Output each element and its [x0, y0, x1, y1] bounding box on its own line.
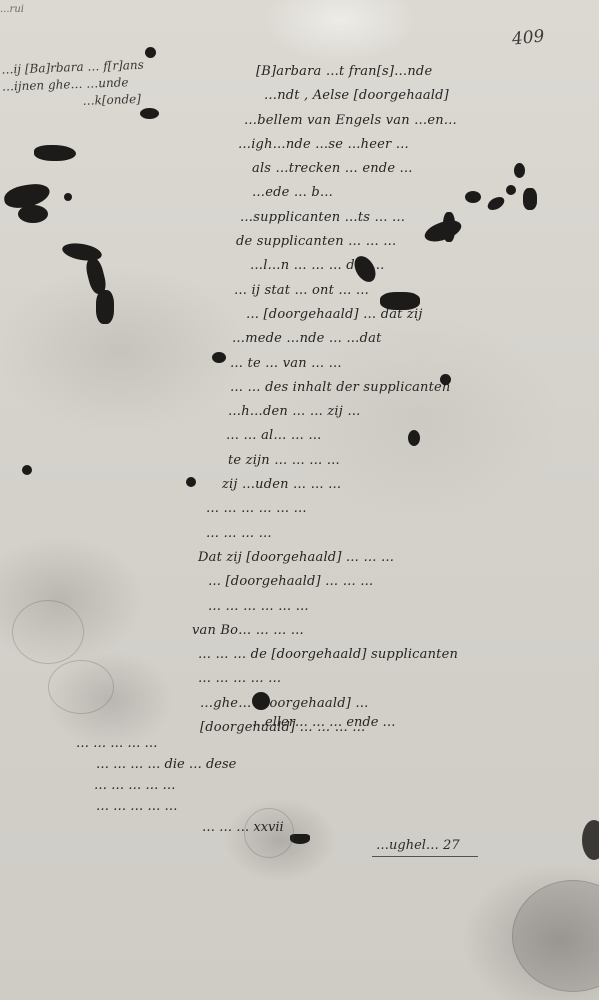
- text-line: …h…den … … zij …: [192, 400, 587, 424]
- water-stain: [244, 808, 294, 858]
- text-line: … … … de [doorgehaald] supplicanten: [192, 643, 587, 667]
- text-line: … te … van … …: [192, 352, 587, 376]
- ink-blot: [514, 163, 525, 178]
- text-line: … [doorgehaald] … … …: [192, 570, 587, 594]
- text-line: … … al… … …: [192, 424, 587, 448]
- text-line: … … … … … …: [192, 497, 587, 521]
- ink-blot: [140, 108, 159, 119]
- ink-blot: [380, 292, 420, 310]
- manuscript-page: ...rui 409 …ij [Ba]rbara … f[r]ans …ijne…: [0, 0, 599, 1000]
- water-stain: [12, 600, 84, 664]
- ink-blot: [145, 47, 156, 58]
- text-line: …l…n … … … die …: [192, 254, 587, 278]
- text-line: … … … …: [192, 522, 587, 546]
- water-stain: [48, 660, 114, 714]
- ink-blot: [506, 185, 516, 195]
- ink-blot: [443, 212, 455, 242]
- text-line: … … … … …: [192, 667, 587, 691]
- text-line: de supplicanten … … …: [192, 230, 587, 254]
- ink-blot: [408, 430, 420, 446]
- main-text-block: [B]arbara …t fran[s]…nde …ndt , Aelse [d…: [192, 60, 587, 740]
- ink-blot: [252, 692, 270, 710]
- text-line: zij …uden … … …: [192, 473, 587, 497]
- signature: …ughel… 27: [372, 838, 478, 857]
- text-line: Dat zij [doorgehaald] … … …: [192, 546, 587, 570]
- text-line: …bellem van Engels van …en…: [192, 109, 587, 133]
- ink-blot: [34, 145, 76, 161]
- ink-blot: [96, 290, 114, 324]
- corner-mark: ...rui: [0, 4, 24, 15]
- text-line: … … … … …: [72, 796, 582, 817]
- text-line: … … … … … …: [192, 595, 587, 619]
- text-line: … … des inhalt der supplicanten: [192, 376, 587, 400]
- text-line: [B]arbara …t fran[s]…nde: [192, 60, 587, 84]
- text-line: … … … … …: [72, 775, 582, 796]
- text-line: …igh…nde …se …heer …: [192, 133, 587, 157]
- ink-blot: [18, 205, 48, 223]
- ink-blot: [582, 820, 599, 860]
- text-line: als …trecken … ende …: [192, 157, 587, 181]
- text-line: …eller… … … ende …: [72, 712, 582, 733]
- margin-note: …ij [Ba]rbara … f[r]ans …ijnen ghe… …und…: [1, 54, 213, 112]
- ink-blot: [465, 191, 481, 203]
- text-line: …mede …nde … …dat: [192, 327, 587, 351]
- water-stain: [512, 880, 599, 992]
- text-line: …ndt , Aelse [doorgehaald]: [192, 84, 587, 108]
- text-line: … … … … …: [72, 733, 582, 754]
- ink-blot: [440, 374, 451, 385]
- text-line: … … … … die … dese: [72, 754, 582, 775]
- text-line: te zijn … … … …: [192, 449, 587, 473]
- ink-blot: [212, 352, 226, 363]
- closing-text-block: …eller… … … ende … … … … … … … … … … die…: [72, 712, 582, 838]
- ink-blot: [186, 477, 196, 487]
- ink-blot: [523, 188, 537, 210]
- folio-number: 409: [511, 26, 545, 49]
- ink-blot: [22, 465, 32, 475]
- text-line: van Bo… … … …: [192, 619, 587, 643]
- text-line: … … … xxvii: [72, 817, 582, 838]
- ink-blot: [64, 193, 72, 201]
